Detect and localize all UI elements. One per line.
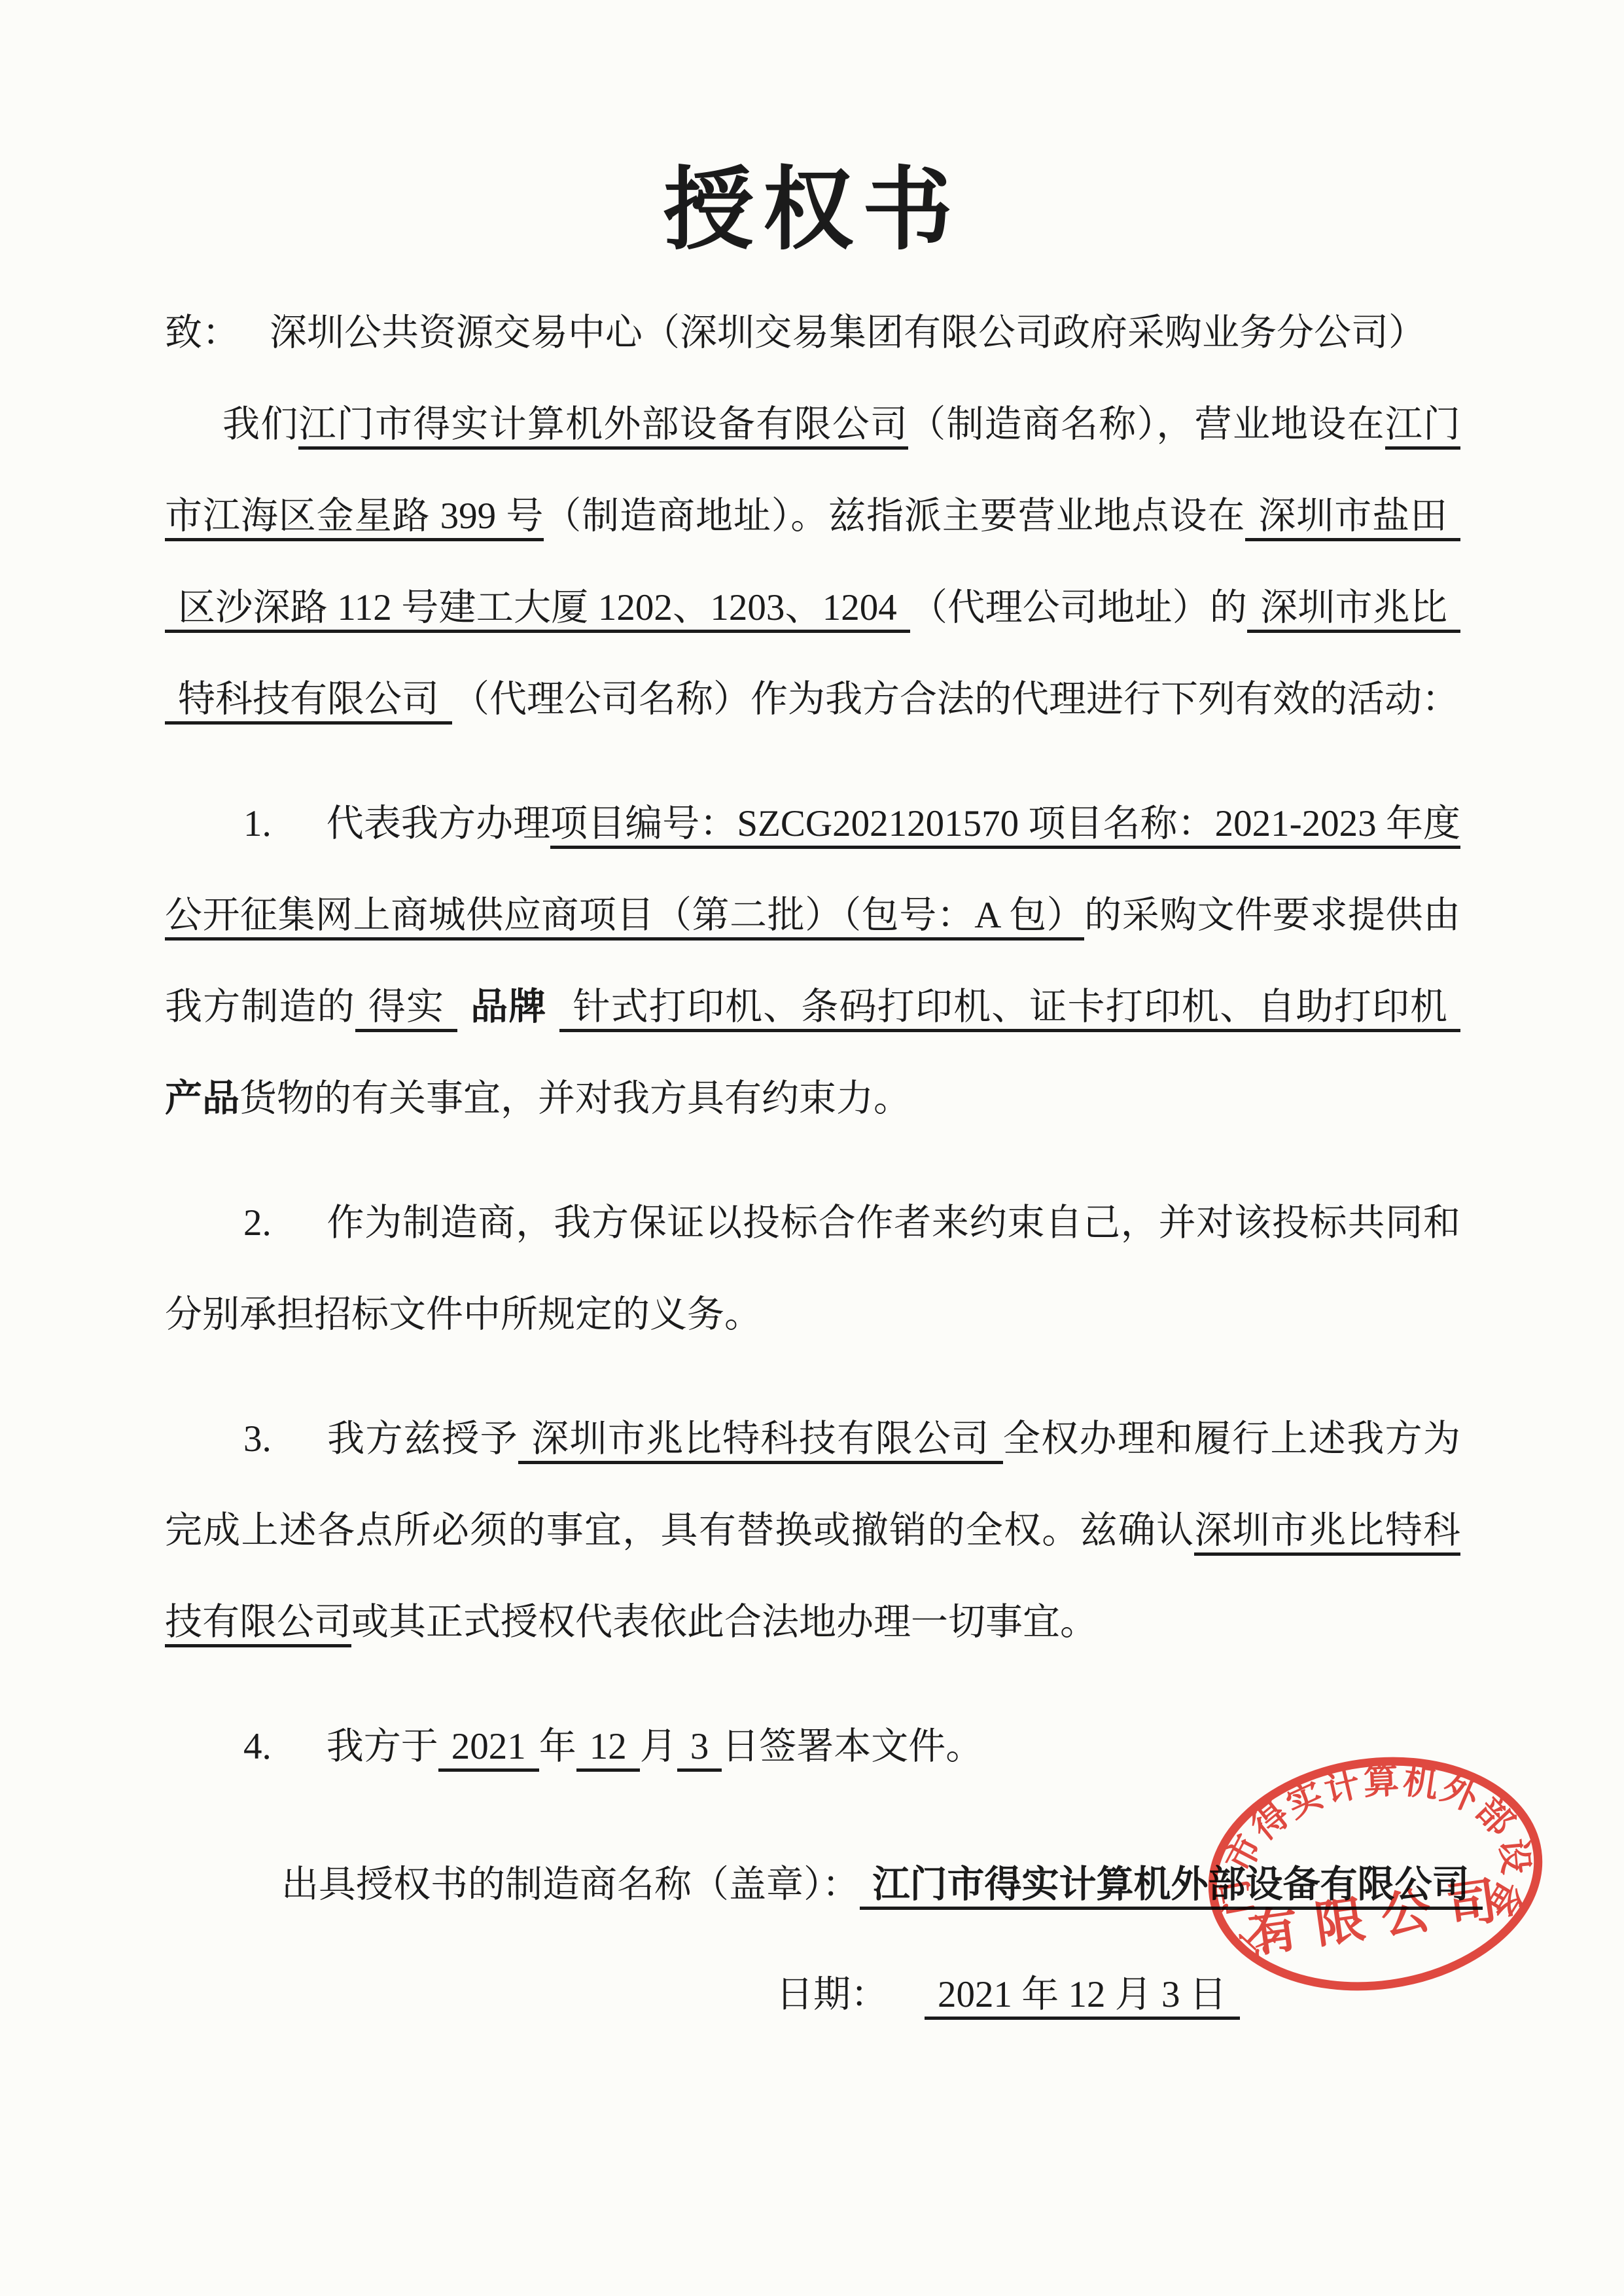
intro-text: （制造商名称），营业地设在 <box>908 404 1385 445</box>
clause-3-number: 3. <box>243 1418 272 1460</box>
clause-4-text: 我方于 <box>327 1726 438 1767</box>
salutation-text: 深圳公共资源交易中心（深圳交易集团有限公司政府采购业务分公司） <box>270 312 1426 353</box>
product-label: 产品 <box>165 1078 239 1119</box>
clause-3-text: 或其正式授权代表依此合法地办理一切事宜。 <box>351 1602 1097 1643</box>
blank-manufacturer-name: 江门市得实计算机外部设备有限公司 <box>298 404 908 450</box>
clause-1-text: 货物的有关事宜，并对我方具有约束力。 <box>239 1078 911 1119</box>
clause-1: 1.代表我方办理项目编号：SZCG2021201570 项目名称：2021-20… <box>165 778 1460 1145</box>
blank-sign-year: 2021 <box>438 1726 539 1772</box>
blank-brand-name: 得实 <box>355 986 457 1032</box>
clause-4-number: 4. <box>243 1726 272 1767</box>
clause-4-text: 年 <box>539 1726 576 1767</box>
clause-2-number: 2. <box>243 1202 272 1244</box>
company-seal: 江门市得实计算机外部设备 有限公司 <box>1166 1717 1585 2031</box>
intro-text: 我们 <box>222 404 298 445</box>
date-label: 日期： <box>776 1974 888 2015</box>
clause-4-text: 日签署本文件。 <box>722 1726 983 1767</box>
clause-4-text: 月 <box>640 1726 677 1767</box>
document-body: 致：深圳公共资源交易中心（深圳交易集团有限公司政府采购业务分公司） 我们江门市得… <box>165 287 1460 1793</box>
salutation-label: 致： <box>165 312 239 353</box>
seal-group: 江门市得实计算机外部设备 有限公司 <box>1198 1740 1553 2007</box>
intro-text: （代理公司地址）的 <box>910 587 1247 628</box>
brand-label: 品牌 <box>457 986 559 1028</box>
clause-1-number: 1. <box>243 803 272 844</box>
clause-2-text: 作为制造商，我方保证以投标合作者来约束自己，并对该投标共同和分别承担招标文件中所… <box>165 1202 1460 1335</box>
blank-agent-name-2: 深圳市兆比特科技有限公司 <box>518 1418 1003 1464</box>
intro-paragraph: 我们江门市得实计算机外部设备有限公司（制造商名称），营业地设在江门市江海区金星路… <box>165 379 1460 745</box>
blank-product-list: 针式打印机、条码打印机、证卡打印机、自助打印机 <box>559 986 1460 1032</box>
manufacturer-label: 出具授权书的制造商名称（盖章）： <box>281 1864 860 1905</box>
document-title: 授权书 <box>165 152 1460 269</box>
clause-3-text: 我方兹授予 <box>327 1418 518 1460</box>
intro-text: （代理公司名称）作为我方合法的代理进行下列有效的活动： <box>452 679 1459 720</box>
clause-1-text: 代表我方办理 <box>327 803 550 844</box>
blank-sign-day: 3 <box>677 1726 722 1772</box>
salutation-line: 致：深圳公共资源交易中心（深圳交易集团有限公司政府采购业务分公司） <box>165 287 1460 379</box>
clause-2: 2.作为制造商，我方保证以投标合作者来约束自己，并对该投标共同和分别承担招标文件… <box>165 1177 1460 1361</box>
document-page: 授权书 致：深圳公共资源交易中心（深圳交易集团有限公司政府采购业务分公司） 我们… <box>0 0 1624 2296</box>
blank-sign-month: 12 <box>576 1726 640 1772</box>
intro-text: （制造商地址）。兹指派主要营业地点设在 <box>544 495 1245 537</box>
document-content: 授权书 致：深圳公共资源交易中心（深圳交易集团有限公司政府采购业务分公司） 我们… <box>165 152 1460 1793</box>
clause-3: 3.我方兹授予深圳市兆比特科技有限公司全权办理和履行上述我方为完成上述各点所必须… <box>165 1393 1460 1668</box>
